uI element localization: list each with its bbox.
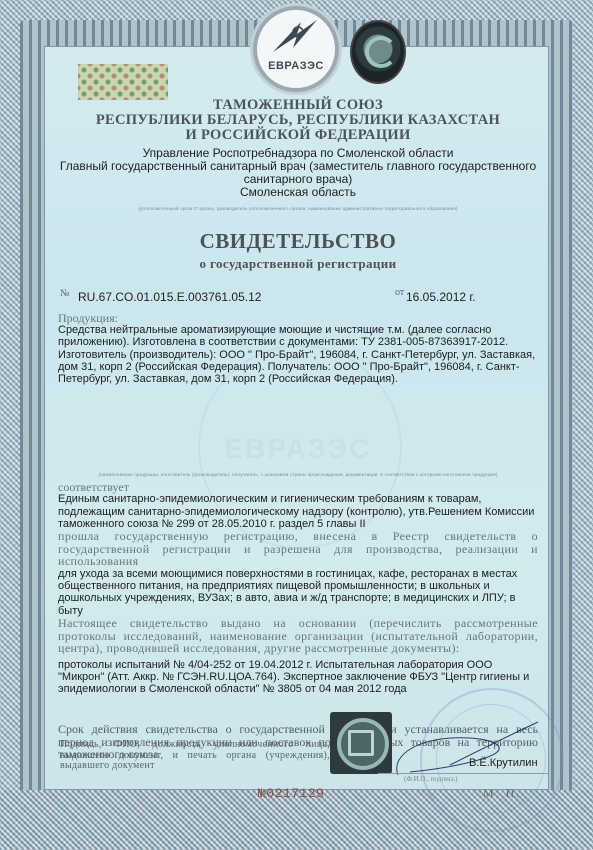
seal-mark: М. П.	[483, 786, 521, 801]
product-label: Продукция:	[58, 312, 538, 324]
hologram-sticker-icon	[330, 712, 392, 774]
eaes-logo: ЕВРАЗЭС	[253, 6, 339, 92]
handwritten-signature-icon	[390, 720, 540, 780]
product-caption: (наименование продукции, изготовитель (п…	[58, 472, 538, 477]
basis-label: Настоящее свидетельство выдано на основа…	[58, 617, 538, 655]
authority-line3: Смоленская область	[58, 186, 538, 199]
customs-union-line1: ТАМОЖЕННЫЙ СОЮЗ	[58, 98, 538, 113]
signature-line	[378, 773, 548, 774]
date-label: от	[395, 287, 404, 298]
basis-text: протоколы испытаний № 4/04-252 от 19.04.…	[58, 659, 538, 696]
form-serial-number: №0217129	[258, 786, 324, 801]
certificate-sheet: ЕВРАЗЭС ЕВРАЗЭС ТАМОЖЕННЫЙ СОЮЗ РЕСПУБЛИ…	[0, 0, 593, 850]
authority-caption: (уполномоченный орган Стороны, руководит…	[58, 206, 538, 211]
customs-union-line2: РЕСПУБЛИКИ БЕЛАРУСЬ, РЕСПУБЛИКИ КАЗАХСТА…	[58, 113, 538, 128]
eaes-bird-icon	[271, 18, 321, 54]
eaes-logo-text: ЕВРАЗЭС	[268, 60, 324, 72]
certificate-number-row: № RU.67.CO.01.015.E.003761.05.12 от 16.0…	[58, 290, 538, 306]
conformity-text: Единым санитарно-эпидемиологическим и ги…	[58, 493, 538, 530]
certificate-subtitle: о государственной регистрации	[58, 256, 538, 272]
usage-scope: для ухода за всеми моющимися поверхностя…	[58, 568, 538, 617]
hologram-strip	[78, 64, 168, 100]
certificate-date: 16.05.2012 г.	[406, 290, 476, 304]
signature-label: Подпись, ФИО, должность уполномоченного …	[60, 740, 330, 772]
customs-union-line3: И РОССИЙСКОЙ ФЕДЕРАЦИИ	[58, 128, 538, 143]
signer-name: В.Ё.Крутилин	[469, 757, 538, 769]
hologram-seal-icon	[350, 20, 406, 84]
registration-statement: прошла государственную регистрацию, внес…	[58, 530, 538, 568]
number-label: №	[60, 288, 70, 299]
authority-line2: Главный государственный санитарный врач …	[58, 160, 538, 186]
conformity-label: соответствует	[58, 481, 538, 493]
fio-caption: (Ф.И.О., подпись)	[404, 775, 457, 783]
product-text: Средства нейтральные ароматизирующие мою…	[58, 324, 538, 385]
certificate-title: СВИДЕТЕЛЬСТВО	[58, 229, 538, 254]
certificate-content: ТАМОЖЕННЫЙ СОЮЗ РЕСПУБЛИКИ БЕЛАРУСЬ, РЕС…	[58, 98, 538, 761]
certificate-number: RU.67.CO.01.015.E.003761.05.12	[78, 290, 261, 304]
